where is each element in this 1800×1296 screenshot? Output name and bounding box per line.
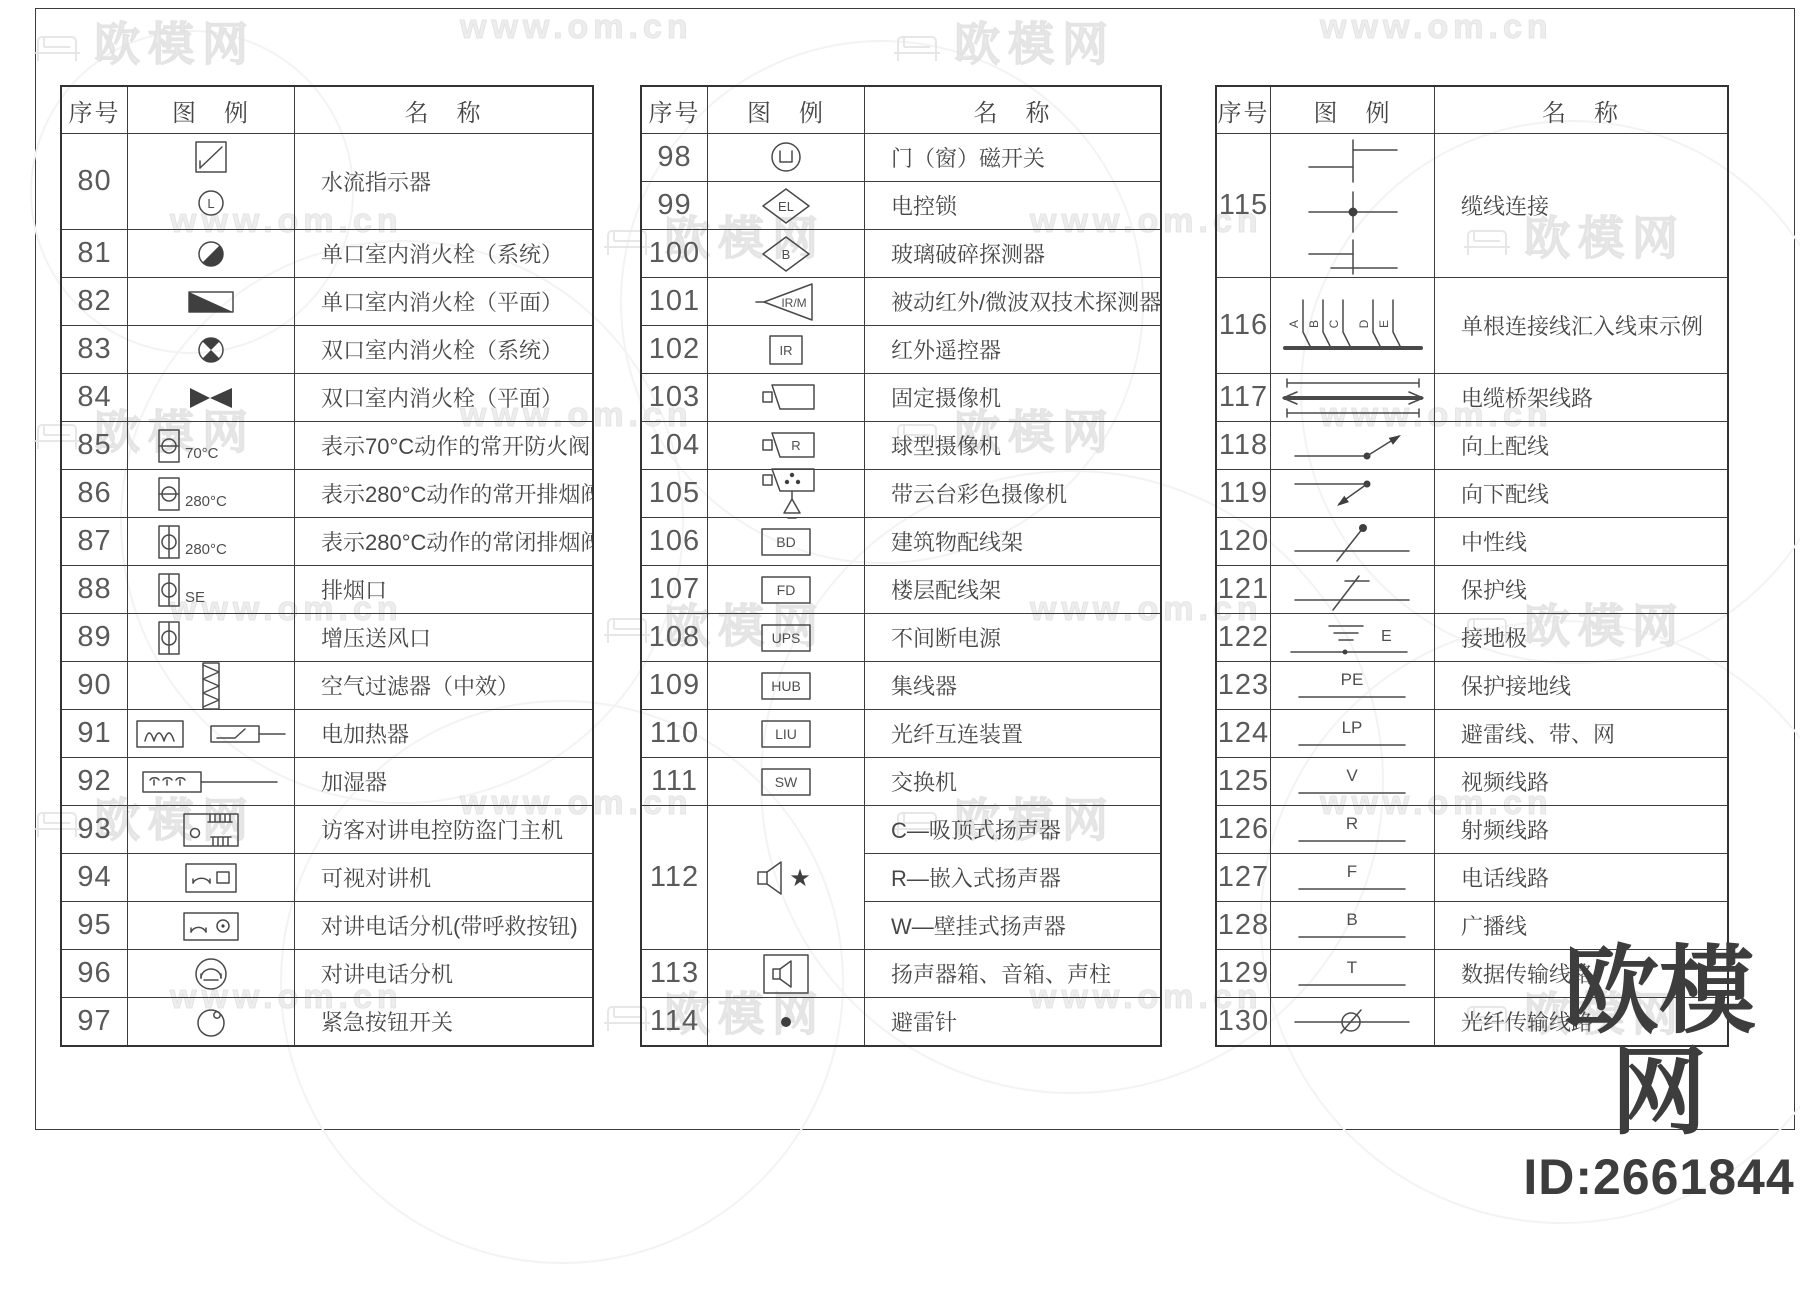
row-name: 可视对讲机: [294, 854, 592, 901]
table-row: 88SE排烟口: [62, 565, 592, 613]
wire-bundle-icon: ABCDE: [1270, 278, 1434, 373]
row-index: 124: [1217, 710, 1270, 757]
row-index: 92: [62, 758, 127, 805]
hydrant-circle-half-icon: [127, 230, 294, 277]
table-row: 110LIU光纤互连装置: [642, 709, 1160, 757]
svg-text:LP: LP: [1341, 718, 1362, 737]
row-index: 109: [642, 662, 707, 709]
row-name: 门（窗）磁开关: [864, 134, 1160, 181]
table-row: 125V视频线路: [1217, 757, 1727, 805]
svg-text:PE: PE: [1340, 670, 1363, 689]
row-name: 接地极: [1434, 614, 1727, 661]
neutral-line-icon: [1270, 518, 1434, 565]
row-name: 固定摄像机: [864, 374, 1160, 421]
row-index: 105: [642, 470, 707, 517]
row-name: 访客对讲电控防盗门主机: [294, 806, 592, 853]
row-index: 90: [62, 662, 127, 709]
labeled-line-icon: T: [1270, 950, 1434, 997]
row-name: 保护接地线: [1434, 662, 1727, 709]
row-index: 87: [62, 518, 127, 565]
damper-closed-icon: SE: [127, 566, 294, 613]
intercom-ext-icon: [127, 950, 294, 997]
table-row: 122E接地极: [1217, 613, 1727, 661]
row-name: 空气过滤器（中效）: [294, 662, 592, 709]
header-name: 名 称: [294, 87, 592, 133]
table-row: 86280°C表示280°C动作的常开排烟阀: [62, 469, 592, 517]
dot-icon: [707, 998, 864, 1045]
row-name: 电话线路: [1434, 854, 1727, 901]
table-row: 108UPS不间断电源: [642, 613, 1160, 661]
table-row: 107FD楼层配线架: [642, 565, 1160, 613]
row-name: 电加热器: [294, 710, 592, 757]
box-label-icon: SW: [707, 758, 864, 805]
fiber-line-icon: [1270, 998, 1434, 1045]
row-index: 85: [62, 422, 127, 469]
table-row: 115缆线连接: [1217, 133, 1727, 277]
speaker-star-icon: ★: [707, 806, 864, 949]
row-name: 球型摄像机: [864, 422, 1160, 469]
table-row: 84双口室内消火栓（平面）: [62, 373, 592, 421]
row-index: 121: [1217, 566, 1270, 613]
row-name: 表示280°C动作的常闭排烟阀: [294, 518, 592, 565]
header-index: 序号: [62, 87, 127, 133]
row-name: 对讲电话分机: [294, 950, 592, 997]
wire-up-icon: [1270, 422, 1434, 469]
row-index: 125: [1217, 758, 1270, 805]
table-row: 127F电话线路: [1217, 853, 1727, 901]
table-row: 82单口室内消火栓（平面）: [62, 277, 592, 325]
svg-text:BD: BD: [776, 534, 795, 550]
flow-indicator-icon: L: [127, 134, 294, 229]
row-name: 红外遥控器: [864, 326, 1160, 373]
row-index: 80: [62, 134, 127, 229]
table-row: 105带云台彩色摄像机: [642, 469, 1160, 517]
svg-text:HUB: HUB: [771, 678, 801, 694]
header-name: 名 称: [864, 87, 1160, 133]
row-index: 93: [62, 806, 127, 853]
box-label-icon: BD: [707, 518, 864, 565]
row-index: 89: [62, 614, 127, 661]
table-row: 117电缆桥架线路: [1217, 373, 1727, 421]
square-label-icon: IR: [707, 326, 864, 373]
table-row: 93访客对讲电控防盗门主机: [62, 805, 592, 853]
protective-line-icon: [1270, 566, 1434, 613]
wire-down-icon: [1270, 470, 1434, 517]
row-name: 中性线: [1434, 518, 1727, 565]
svg-text:UPS: UPS: [772, 630, 801, 646]
table-row: 89增压送风口: [62, 613, 592, 661]
row-index: 129: [1217, 950, 1270, 997]
row-name: 表示70°C动作的常开防火阀: [294, 422, 592, 469]
row-index: 130: [1217, 998, 1270, 1045]
row-name: 视频线路: [1434, 758, 1727, 805]
door-magnet-icon: [707, 134, 864, 181]
table-row: 90空气过滤器（中效）: [62, 661, 592, 709]
table-row: 118向上配线: [1217, 421, 1727, 469]
box-label-icon: FD: [707, 566, 864, 613]
table-row: 92加湿器: [62, 757, 592, 805]
header-symbol: 图 例: [127, 87, 294, 133]
table-row: 119向下配线: [1217, 469, 1727, 517]
damper-closed-icon: 280°C: [127, 518, 294, 565]
svg-text:V: V: [1346, 766, 1358, 785]
row-index: 82: [62, 278, 127, 325]
svg-text:T: T: [1346, 958, 1356, 977]
table-row: 126R射频线路: [1217, 805, 1727, 853]
svg-text:★: ★: [789, 865, 811, 892]
table-row: 99EL电控锁: [642, 181, 1160, 229]
row-index: 123: [1217, 662, 1270, 709]
cable-tray-icon: [1270, 374, 1434, 421]
row-index: 111: [642, 758, 707, 805]
row-index: 104: [642, 422, 707, 469]
table-row: 87280°C表示280°C动作的常闭排烟阀: [62, 517, 592, 565]
svg-text:E: E: [1381, 628, 1392, 645]
row-index: 108: [642, 614, 707, 661]
table-row: 116ABCDE单根连接线汇入线束示例: [1217, 277, 1727, 373]
camera-icon: R: [707, 422, 864, 469]
svg-text:L: L: [207, 196, 214, 211]
svg-text:SE: SE: [185, 589, 205, 606]
row-name: C—吸顶式扬声器R—嵌入式扬声器W—壁挂式扬声器: [864, 806, 1160, 949]
row-index: 107: [642, 566, 707, 613]
hydrant-circle-x-icon: [127, 326, 294, 373]
row-name: 电控锁: [864, 182, 1160, 229]
row-name: 避雷针: [864, 998, 1160, 1045]
labeled-line-icon: R: [1270, 806, 1434, 853]
svg-text:A: A: [1287, 319, 1301, 327]
table-row: 103固定摄像机: [642, 373, 1160, 421]
row-name: 光纤互连装置: [864, 710, 1160, 757]
header-symbol: 图 例: [1270, 87, 1434, 133]
row-name: 建筑物配线架: [864, 518, 1160, 565]
row-name: 交换机: [864, 758, 1160, 805]
row-name: 避雷线、带、网: [1434, 710, 1727, 757]
row-name: 单口室内消火栓（平面）: [294, 278, 592, 325]
row-name: 增压送风口: [294, 614, 592, 661]
labeled-line-icon: PE: [1270, 662, 1434, 709]
row-name: 不间断电源: [864, 614, 1160, 661]
table-row: 104R球型摄像机: [642, 421, 1160, 469]
row-name: 向上配线: [1434, 422, 1727, 469]
video-intercom-icon: [127, 854, 294, 901]
svg-text:E: E: [1377, 319, 1391, 327]
row-index: 88: [62, 566, 127, 613]
svg-text:C: C: [1327, 319, 1341, 328]
svg-text:B: B: [1346, 910, 1357, 929]
svg-text:280°C: 280°C: [185, 493, 227, 510]
table-row: 101IR/M被动红外/微波双技术探测器: [642, 277, 1160, 325]
row-name: 紧急按钮开关: [294, 998, 592, 1045]
svg-text:EL: EL: [778, 199, 794, 214]
legend-table-wiring: 序号图 例名 称115缆线连接116ABCDE单根连接线汇入线束示例117电缆桥…: [1215, 85, 1729, 1047]
damper-closed-icon: [127, 614, 294, 661]
svg-text:LIU: LIU: [775, 726, 797, 742]
table-row: 94可视对讲机: [62, 853, 592, 901]
row-name: 扬声器箱、音箱、声柱: [864, 950, 1160, 997]
table-row: 96对讲电话分机: [62, 949, 592, 997]
row-index: 128: [1217, 902, 1270, 949]
table-row: 121保护线: [1217, 565, 1727, 613]
row-index: 84: [62, 374, 127, 421]
cad-legend-sheet: { "watermark": { "brand": "欧模网", "url": …: [0, 0, 1800, 1296]
camera-icon: [707, 374, 864, 421]
box-label-icon: UPS: [707, 614, 864, 661]
row-index: 86: [62, 470, 127, 517]
table-row: 81单口室内消火栓（系统）: [62, 229, 592, 277]
camera-pan-tilt-icon: [707, 470, 864, 517]
row-subname: W—壁挂式扬声器: [865, 901, 1160, 949]
legend-header-row: 序号图 例名 称: [642, 87, 1160, 133]
table-row: 112★C—吸顶式扬声器R—嵌入式扬声器W—壁挂式扬声器: [642, 805, 1160, 949]
row-index: 99: [642, 182, 707, 229]
row-index: 94: [62, 854, 127, 901]
damper-open-icon: 280°C: [127, 470, 294, 517]
damper-open-icon: 70°C: [127, 422, 294, 469]
emergency-button-icon: [127, 998, 294, 1045]
row-index: 91: [62, 710, 127, 757]
intercom-ext-call-icon: [127, 902, 294, 949]
row-index: 101: [642, 278, 707, 325]
row-name: 对讲电话分机(带呼救按钮): [294, 902, 592, 949]
table-row: 123PE保护接地线: [1217, 661, 1727, 709]
legend-header-row: 序号图 例名 称: [1217, 87, 1727, 133]
labeled-line-icon: B: [1270, 902, 1434, 949]
header-name: 名 称: [1434, 87, 1727, 133]
row-index: 106: [642, 518, 707, 565]
row-index: 127: [1217, 854, 1270, 901]
row-index: 98: [642, 134, 707, 181]
table-row: 91电加热器: [62, 709, 592, 757]
table-row: 109HUB集线器: [642, 661, 1160, 709]
row-name: 被动红外/微波双技术探测器: [864, 278, 1160, 325]
row-name: 双口室内消火栓（平面）: [294, 374, 592, 421]
table-row: 111SW交换机: [642, 757, 1160, 805]
header-index: 序号: [1217, 87, 1270, 133]
row-index: 115: [1217, 134, 1270, 277]
header-index: 序号: [642, 87, 707, 133]
row-index: 126: [1217, 806, 1270, 853]
row-index: 118: [1217, 422, 1270, 469]
row-index: 119: [1217, 470, 1270, 517]
svg-text:B: B: [1307, 319, 1321, 327]
svg-text:280°C: 280°C: [185, 541, 227, 558]
table-row: 97紧急按钮开关: [62, 997, 592, 1045]
electric-heater-icon: [127, 710, 294, 757]
row-name: 玻璃破碎探测器: [864, 230, 1160, 277]
svg-text:B: B: [782, 247, 791, 262]
labeled-line-icon: LP: [1270, 710, 1434, 757]
row-index: 81: [62, 230, 127, 277]
triangle-detector-icon: IR/M: [707, 278, 864, 325]
table-row: 114避雷针: [642, 997, 1160, 1045]
row-name: 单根连接线汇入线束示例: [1434, 278, 1727, 373]
row-index: 103: [642, 374, 707, 421]
air-filter-icon: [127, 662, 294, 709]
svg-text:R: R: [1345, 814, 1357, 833]
row-name: 保护线: [1434, 566, 1727, 613]
row-index: 114: [642, 998, 707, 1045]
site-logo-text: 欧模网: [1516, 942, 1800, 1144]
table-row: 80L水流指示器: [62, 133, 592, 229]
hydrant-rect-diag-icon: [127, 278, 294, 325]
row-index: 112: [642, 806, 707, 949]
table-row: 106BD建筑物配线架: [642, 517, 1160, 565]
row-index: 122: [1217, 614, 1270, 661]
table-row: 95对讲电话分机(带呼救按钮): [62, 901, 592, 949]
table-row: 98门（窗）磁开关: [642, 133, 1160, 181]
svg-text:F: F: [1346, 862, 1356, 881]
row-name: 排烟口: [294, 566, 592, 613]
svg-text:IR: IR: [780, 343, 793, 358]
row-index: 113: [642, 950, 707, 997]
row-name: 缆线连接: [1434, 134, 1727, 277]
row-index: 100: [642, 230, 707, 277]
cable-connection-icon: [1270, 134, 1434, 277]
row-name: 楼层配线架: [864, 566, 1160, 613]
legend-table-fire: 序号图 例名 称80L水流指示器81单口室内消火栓（系统）82单口室内消火栓（平…: [60, 85, 594, 1047]
row-name: 向下配线: [1434, 470, 1727, 517]
earth-electrode-icon: E: [1270, 614, 1434, 661]
row-name: 加湿器: [294, 758, 592, 805]
svg-text:FD: FD: [777, 582, 796, 598]
svg-text:70°C: 70°C: [185, 445, 219, 462]
svg-text:SW: SW: [775, 774, 798, 790]
speaker-box-icon: [707, 950, 864, 997]
table-row: 120中性线: [1217, 517, 1727, 565]
row-index: 120: [1217, 518, 1270, 565]
diamond-icon: EL: [707, 182, 864, 229]
site-id-text: ID:2661844: [1516, 1148, 1800, 1206]
labeled-line-icon: F: [1270, 854, 1434, 901]
row-index: 96: [62, 950, 127, 997]
site-logo: 欧模网 ID:2661844: [1516, 942, 1800, 1206]
row-name: 带云台彩色摄像机: [864, 470, 1160, 517]
row-index: 102: [642, 326, 707, 373]
table-row: 113扬声器箱、音箱、声柱: [642, 949, 1160, 997]
diamond-icon: B: [707, 230, 864, 277]
table-row: 102IR红外遥控器: [642, 325, 1160, 373]
table-row: 124LP避雷线、带、网: [1217, 709, 1727, 757]
row-name: 射频线路: [1434, 806, 1727, 853]
row-index: 117: [1217, 374, 1270, 421]
hydrant-bowtie-icon: [127, 374, 294, 421]
row-index: 95: [62, 902, 127, 949]
row-name: 表示280°C动作的常开排烟阀: [294, 470, 592, 517]
svg-text:D: D: [1357, 319, 1371, 328]
humidifier-icon: [127, 758, 294, 805]
row-subname: C—吸顶式扬声器: [865, 806, 1160, 853]
box-label-icon: LIU: [707, 710, 864, 757]
legend-header-row: 序号图 例名 称: [62, 87, 592, 133]
entry-host-icon: [127, 806, 294, 853]
row-name: 单口室内消火栓（系统）: [294, 230, 592, 277]
legend-table-security: 序号图 例名 称98门（窗）磁开关99EL电控锁100B玻璃破碎探测器101IR…: [640, 85, 1162, 1047]
labeled-line-icon: V: [1270, 758, 1434, 805]
svg-text:R: R: [791, 438, 800, 453]
table-row: 8570°C表示70°C动作的常开防火阀: [62, 421, 592, 469]
svg-text:IR/M: IR/M: [781, 296, 806, 310]
row-name: 双口室内消火栓（系统）: [294, 326, 592, 373]
row-index: 110: [642, 710, 707, 757]
table-row: 83双口室内消火栓（系统）: [62, 325, 592, 373]
row-index: 83: [62, 326, 127, 373]
row-index: 116: [1217, 278, 1270, 373]
row-name: 电缆桥架线路: [1434, 374, 1727, 421]
row-subname: R—嵌入式扬声器: [865, 853, 1160, 901]
row-name: 水流指示器: [294, 134, 592, 229]
row-index: 97: [62, 998, 127, 1045]
table-row: 100B玻璃破碎探测器: [642, 229, 1160, 277]
box-label-icon: HUB: [707, 662, 864, 709]
header-symbol: 图 例: [707, 87, 864, 133]
row-name: 集线器: [864, 662, 1160, 709]
